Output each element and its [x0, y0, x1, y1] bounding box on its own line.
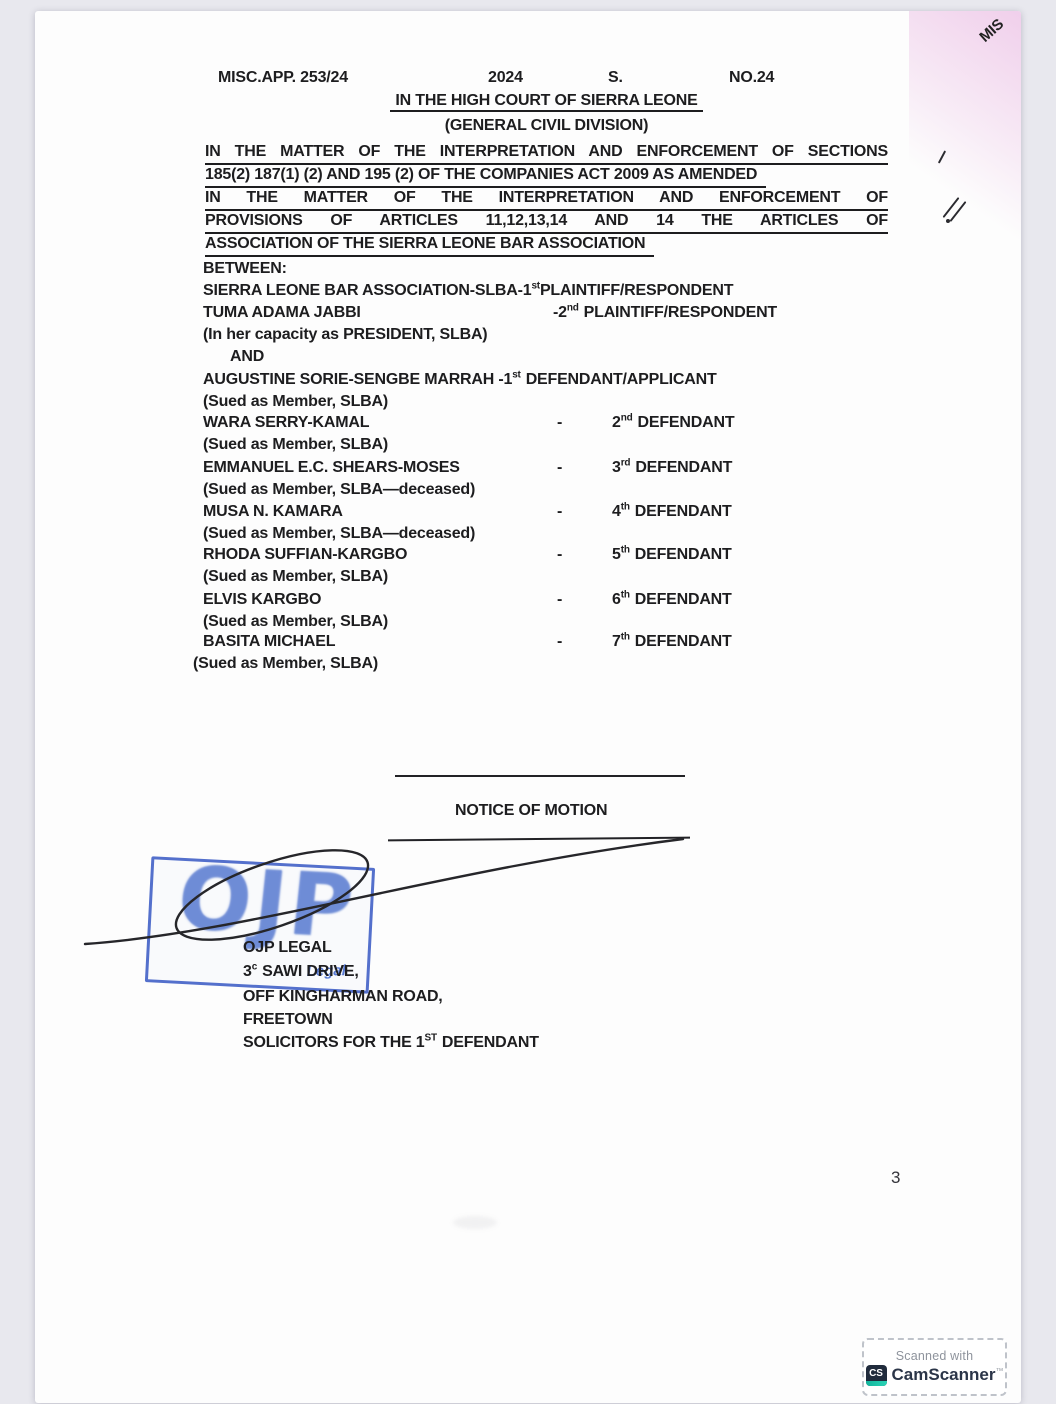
- defendant-ordinal-suffix: nd: [621, 413, 633, 424]
- defendant-dash: -: [557, 502, 562, 522]
- plaintiff1-name: SIERRA LEONE BAR ASSOCIATION-SLBA-1: [203, 282, 531, 299]
- defendant-ordinal: 7: [612, 633, 621, 650]
- matter1-line1: IN THE MATTER OF THE INTERPRETATION AND …: [205, 142, 888, 165]
- defendant-note: (Sued as Member, SLBA): [193, 654, 378, 674]
- defendant-note: (Sued as Member, SLBA): [203, 435, 388, 455]
- matter2-line1: IN THE MATTER OF THE INTERPRETATION AND …: [205, 188, 888, 211]
- defendant-ordinal: 6: [612, 591, 621, 608]
- defendant-dash: -: [557, 458, 562, 478]
- trademark-symbol: ™: [995, 1367, 1003, 1376]
- defendant-ordinal-suffix: rd: [621, 458, 631, 469]
- and-label: AND: [230, 347, 264, 367]
- division-wrap: (GENERAL CIVIL DIVISION): [205, 116, 888, 136]
- camscanner-watermark: Scanned with CS CamScanner™: [862, 1338, 1007, 1396]
- signature-sweep: [85, 839, 683, 944]
- camscanner-name-wrap: CamScanner™: [892, 1365, 1004, 1385]
- defendant-note: (Sued as Member, SLBA): [203, 612, 388, 632]
- camscanner-icon: CS: [866, 1365, 887, 1386]
- defendant-ordinal: 5: [612, 546, 621, 563]
- defendant-ordinal-suffix: th: [621, 545, 630, 556]
- defendant-role: DEFENDANT: [635, 546, 732, 563]
- defendant-ordinal-suffix: th: [621, 632, 630, 643]
- matter2-line3: ASSOCIATION OF THE SIERRA LEONE BAR ASSO…: [205, 234, 654, 257]
- address-street: SAWI DRIVE,: [262, 963, 358, 980]
- camscanner-icon-letters: CS: [869, 1369, 883, 1379]
- scan-smudge: [453, 1216, 497, 1229]
- defendant1-role: DEFENDANT/APPLICANT: [526, 371, 717, 388]
- defendant-note: (Sued as Member, SLBA): [203, 567, 388, 587]
- defendant-ordinal: 2: [612, 414, 621, 431]
- defendant-name: MUSA N. KAMARA: [203, 502, 343, 522]
- defendant-role: DEFENDANT: [635, 503, 732, 520]
- defendant-role: DEFENDANT: [635, 633, 732, 650]
- camscanner-name: CamScanner: [892, 1365, 996, 1384]
- division-title: (GENERAL CIVIL DIVISION): [445, 117, 649, 134]
- matter2-line2: PROVISIONS OF ARTICLES 11,12,13,14 AND 1…: [205, 211, 888, 234]
- address-number: 3: [243, 963, 252, 980]
- solicitor-city: FREETOWN: [243, 1010, 333, 1030]
- defendant-role-line: 3rdDEFENDANT: [612, 458, 732, 478]
- case-reference: MISC.APP. 253/24: [218, 68, 348, 88]
- document-page: MIS MISC.APP. 253/24 2024 S. NO.24 IN TH…: [35, 11, 1021, 1403]
- solicitor-address1: 3cSAWI DRIVE,: [243, 962, 359, 982]
- between-label: BETWEEN:: [203, 259, 287, 279]
- signature: [75, 811, 755, 991]
- solicitor-role-pre: SOLICITORS FOR THE 1: [243, 1034, 425, 1051]
- defendant-ordinal: 4: [612, 503, 621, 520]
- scanned-document-screen: MIS MISC.APP. 253/24 2024 S. NO.24 IN TH…: [0, 0, 1056, 1404]
- matter1-line2: 185(2) 187(1) (2) AND 195 (2) OF THE COM…: [205, 165, 766, 188]
- defendant-role: DEFENDANT: [635, 459, 732, 476]
- plaintiff1-ordinal-suffix: st: [531, 281, 540, 292]
- separator-line: [395, 775, 685, 777]
- plaintiff2-ordinal-suffix: nd: [567, 303, 579, 314]
- defendant-role-line: 2ndDEFENDANT: [612, 413, 734, 433]
- page-curl-tint: [909, 11, 1021, 263]
- defendant-dash: -: [557, 590, 562, 610]
- defendant1-ordinal-suffix: st: [512, 370, 521, 381]
- defendant1-line: AUGUSTINE SORIE-SENGBE MARRAH -1stDEFEND…: [203, 370, 717, 390]
- defendant-dash: -: [557, 545, 562, 565]
- defendant-dash: -: [557, 413, 562, 433]
- defendant-role: DEFENDANT: [635, 591, 732, 608]
- defendant-name: WARA SERRY-KAMAL: [203, 413, 369, 433]
- plaintiff1-role: PLAINTIFF/RESPONDENT: [540, 282, 733, 299]
- solicitor-role-line: SOLICITORS FOR THE 1STDEFENDANT: [243, 1033, 539, 1053]
- defendant-dash: -: [557, 632, 562, 652]
- solicitor-ordinal-suffix: ST: [425, 1033, 437, 1044]
- solicitor-role-post: DEFENDANT: [442, 1034, 539, 1051]
- solicitor-address2: OFF KINGHARMAN ROAD,: [243, 987, 443, 1007]
- plaintiff2-name: TUMA ADAMA JABBI: [203, 303, 361, 323]
- defendant-ordinal-suffix: th: [621, 590, 630, 601]
- page-number: 3: [891, 1168, 900, 1188]
- pen-dot: [946, 219, 950, 223]
- court-title-wrap: IN THE HIGH COURT OF SIERRA LEONE: [205, 91, 888, 111]
- camscanner-row: CS CamScanner™: [866, 1365, 1004, 1386]
- case-number: NO.24: [729, 68, 774, 88]
- plaintiff2-role: PLAINTIFF/RESPONDENT: [584, 304, 777, 321]
- camscanner-icon-accent: [866, 1381, 887, 1386]
- address-number-suffix: c: [252, 962, 257, 973]
- defendant-role-line: 6thDEFENDANT: [612, 590, 732, 610]
- defendant-name: ELVIS KARGBO: [203, 590, 321, 610]
- defendant-note: (Sued as Member, SLBA—deceased): [203, 480, 475, 500]
- defendant-note: (Sued as Member, SLBA—deceased): [203, 524, 475, 544]
- court-title: IN THE HIGH COURT OF SIERRA LEONE: [390, 92, 702, 112]
- plaintiff1-line: SIERRA LEONE BAR ASSOCIATION-SLBA-1stPLA…: [203, 281, 733, 301]
- defendant-role-line: 4thDEFENDANT: [612, 502, 732, 522]
- defendant-name: RHODA SUFFIAN-KARGBO: [203, 545, 407, 565]
- plaintiff2-ordinal: -2: [553, 304, 567, 321]
- defendant-role-line: 7thDEFENDANT: [612, 632, 732, 652]
- plaintiff2-note: (In her capacity as PRESIDENT, SLBA): [203, 325, 487, 345]
- scanned-with-label: Scanned with: [896, 1349, 973, 1363]
- defendant-name: EMMANUEL E.C. SHEARS-MOSES: [203, 458, 460, 478]
- defendant-role: DEFENDANT: [638, 414, 735, 431]
- defendant-name: BASITA MICHAEL: [203, 632, 335, 652]
- defendant1-name: AUGUSTINE SORIE-SENGBE MARRAH -1: [203, 371, 512, 388]
- case-year: 2024: [488, 68, 523, 88]
- defendant-ordinal: 3: [612, 459, 621, 476]
- defendant1-note: (Sued as Member, SLBA): [203, 392, 388, 412]
- case-letter: S.: [608, 68, 623, 88]
- solicitor-firm: OJP LEGAL: [243, 938, 332, 958]
- plaintiff2-role-line: -2ndPLAINTIFF/RESPONDENT: [553, 303, 777, 323]
- defendant-ordinal-suffix: th: [621, 502, 630, 513]
- defendant-role-line: 5thDEFENDANT: [612, 545, 732, 565]
